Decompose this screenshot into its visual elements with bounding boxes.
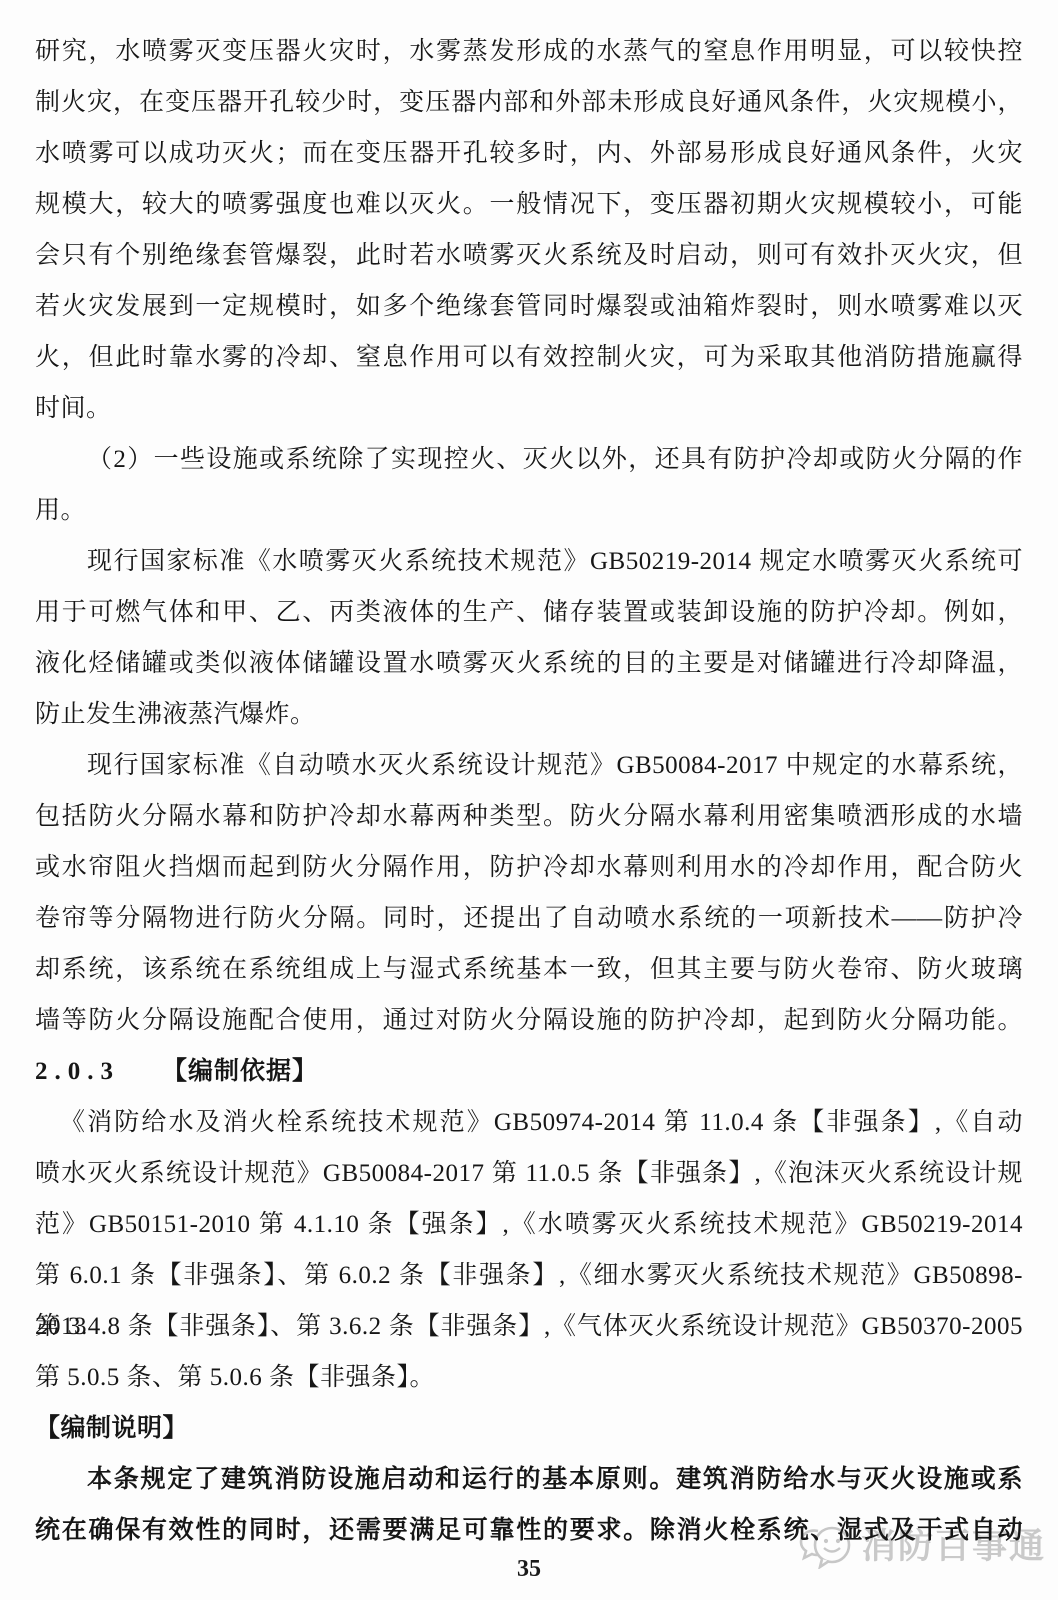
text-line: 规模大，较大的喷雾强度也难以灭火。一般情况下，变压器初期火灾规模较小，可能 xyxy=(35,179,1023,230)
text-line: 卷帘等分隔物进行防火分隔。同时，还提出了自动喷水系统的一项新技术——防护冷 xyxy=(35,893,1023,944)
text-line: 用。 xyxy=(35,485,1023,536)
document-page: 研究，水喷雾灭变压器火灾时，水雾蒸发形成的水蒸气的窒息作用明显，可以较快控制火灾… xyxy=(0,0,1058,1600)
section-title: 【编制依据】 xyxy=(162,1058,318,1085)
text-line: 或水帘阻火挡烟而起到防火分隔作用，防护冷却水幕则利用水的冷却作用，配合防火 xyxy=(35,842,1023,893)
text-line: 现行国家标准《水喷雾灭火系统技术规范》GB50219-2014 规定水喷雾灭火系… xyxy=(35,536,1023,587)
text-line: 喷水灭火系统设计规范》GB50084-2017 第 11.0.5 条【非强条】,… xyxy=(35,1148,1023,1199)
text-line: 若火灾发展到一定规模时，如多个绝缘套管同时爆裂或油箱炸裂时，则水喷雾难以灭 xyxy=(35,281,1023,332)
text-line: 第 3.4.8 条【非强条】、第 3.6.2 条【非强条】,《气体灭火系统设计规… xyxy=(35,1301,1023,1352)
text-line: 现行国家标准《自动喷水灭火系统设计规范》GB50084-2017 中规定的水幕系… xyxy=(35,740,1023,791)
text-line: 火，但此时靠水雾的冷却、窒息作用可以有效控制火灾，可为采取其他消防措施赢得 xyxy=(35,332,1023,383)
document-body: 研究，水喷雾灭变压器火灾时，水雾蒸发形成的水蒸气的窒息作用明显，可以较快控制火灾… xyxy=(35,26,1023,1556)
text-line: 水喷雾可以成功灭火；而在变压器开孔较多时，内、外部易形成良好通风条件，火灾 xyxy=(35,128,1023,179)
text-line: 第 5.0.5 条、第 5.0.6 条【非强条】。 xyxy=(35,1352,1023,1403)
text-line: 制火灾，在变压器开孔较少时，变压器内部和外部未形成良好通风条件，火灾规模小， xyxy=(35,77,1023,128)
section-number: 2.0.3 xyxy=(35,1058,120,1085)
text-line: 本条规定了建筑消防设施启动和运行的基本原则。建筑消防给水与灭火设施或系 xyxy=(35,1454,1023,1505)
text-line: （2）一些设施或系统除了实现控火、灭火以外，还具有防护冷却或防火分隔的作 xyxy=(35,434,1023,485)
text-line: 研究，水喷雾灭变压器火灾时，水雾蒸发形成的水蒸气的窒息作用明显，可以较快控 xyxy=(35,26,1023,77)
text-line: 《消防给水及消火栓系统技术规范》GB50974-2014 第 11.0.4 条【… xyxy=(35,1097,1023,1148)
text-line: 液化烃储罐或类似液体储罐设置水喷雾灭火系统的目的主要是对储罐进行冷却降温， xyxy=(35,638,1023,689)
text-line: 统在确保有效性的同时，还需要满足可靠性的要求。除消火栓系统、湿式及干式自动 xyxy=(35,1505,1023,1556)
section-heading: 2.0.3【编制依据】 xyxy=(35,1046,1023,1097)
text-line: 墙等防火分隔设施配合使用，通过对防火分隔设施的防护冷却，起到防火分隔功能。 xyxy=(35,995,1023,1046)
page-number: 35 xyxy=(0,1556,1058,1583)
text-line: 时间。 xyxy=(35,383,1023,434)
text-line: 范》GB50151-2010 第 4.1.10 条【强条】,《水喷雾灭火系统技术… xyxy=(35,1199,1023,1250)
text-line: 用于可燃气体和甲、乙、丙类液体的生产、储存装置或装卸设施的防护冷却。例如， xyxy=(35,587,1023,638)
text-line: 【编制说明】 xyxy=(35,1403,1023,1454)
text-line: 会只有个别绝缘套管爆裂，此时若水喷雾灭火系统及时启动，则可有效扑灭火灾，但 xyxy=(35,230,1023,281)
text-line: 包括防火分隔水幕和防护冷却水幕两种类型。防火分隔水幕利用密集喷洒形成的水墙 xyxy=(35,791,1023,842)
text-line: 却系统，该系统在系统组成上与湿式系统基本一致，但其主要与防火卷帘、防火玻璃 xyxy=(35,944,1023,995)
text-line: 第 6.0.1 条【非强条】、第 6.0.2 条【非强条】,《细水雾灭火系统技术… xyxy=(35,1250,1023,1301)
text-line: 防止发生沸液蒸汽爆炸。 xyxy=(35,689,1023,740)
